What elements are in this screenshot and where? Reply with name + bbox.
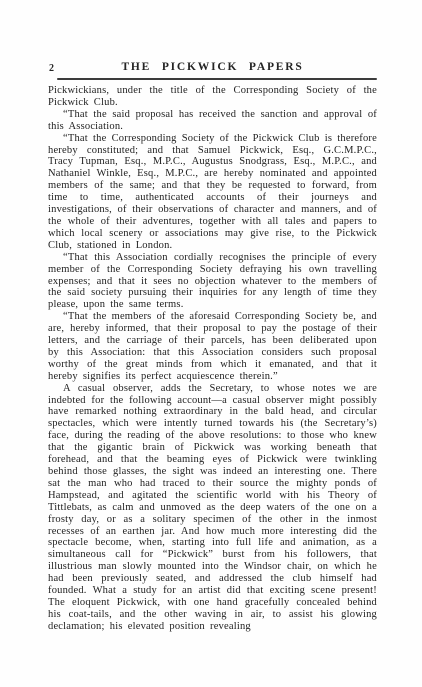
book-page: 2 THE PICKWICK PAPERS Pickwickians, unde… xyxy=(0,0,422,687)
page-header: 2 THE PICKWICK PAPERS xyxy=(48,61,377,75)
body-paragraph: A casual observer, adds the Secretary, t… xyxy=(48,383,377,633)
page-body: Pickwickians, under the title of the Cor… xyxy=(48,85,377,687)
header-rule xyxy=(57,78,377,80)
page-number: 2 xyxy=(49,63,55,74)
running-title: THE PICKWICK PAPERS xyxy=(48,61,377,73)
body-paragraph: “That this Association cordially recogni… xyxy=(48,252,377,312)
body-paragraph: “That the Corresponding Society of the P… xyxy=(48,133,377,252)
body-paragraph: Pickwickians, under the title of the Cor… xyxy=(48,85,377,109)
body-paragraph: “That the said proposal has received the… xyxy=(48,109,377,133)
body-paragraph: “That the members of the aforesaid Corre… xyxy=(48,311,377,382)
